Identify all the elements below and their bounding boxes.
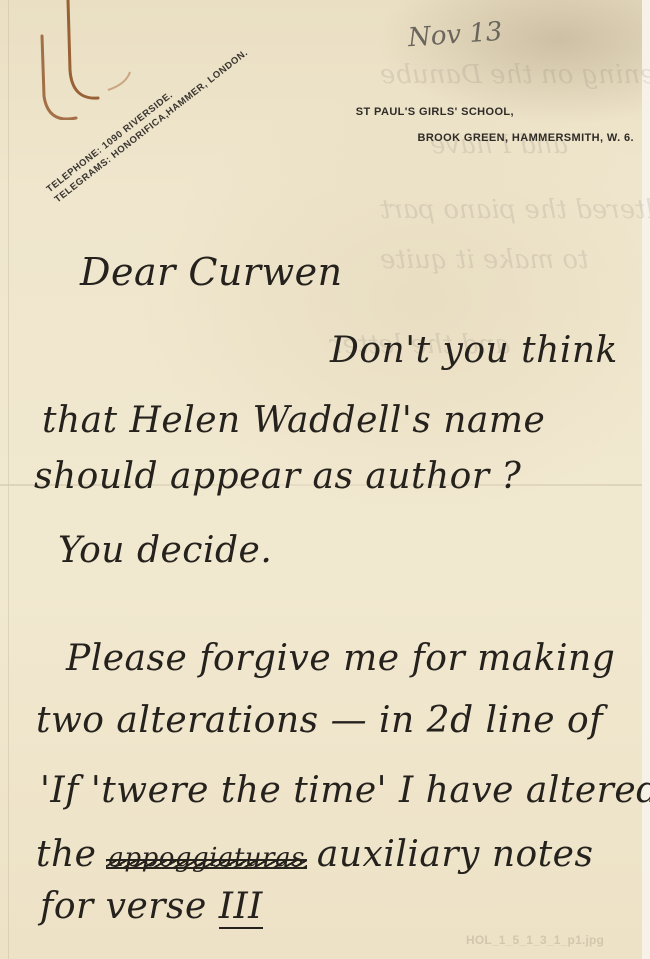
struck-out-word: appoggiaturas — [108, 843, 305, 873]
letter-salutation: Dear Curwen — [80, 250, 343, 294]
page-edge — [642, 0, 650, 959]
letter-line: should appear as author ? — [34, 456, 521, 497]
letter-line: 'If 'twere the time' I have altered — [40, 770, 650, 811]
verse-number: III — [219, 886, 263, 929]
letter-word: the — [36, 834, 96, 875]
bleed-through-line: altered the piano part — [380, 195, 650, 225]
letter-word: auxiliary notes — [317, 834, 594, 875]
letterhead-address: BROOK GREEN, HAMMERSMITH, W. 6. — [417, 132, 634, 144]
letter-line: that Helen Waddell's name — [42, 400, 545, 441]
letterhead-school-name: ST PAUL'S GIRLS' SCHOOL, — [356, 106, 514, 118]
bleed-through-line: to make it quite — [380, 245, 589, 275]
letter-line: the appoggiaturas auxiliary notes — [36, 834, 593, 875]
file-name-watermark: HOL_1_5_1_3_1_p1.jpg — [466, 933, 604, 947]
letter-line: Please forgive me for making — [66, 638, 615, 679]
letter-line: for verse III — [40, 886, 263, 927]
letter-word: for verse — [40, 886, 207, 927]
crease-line — [8, 0, 9, 959]
letter-line: Don't you think — [330, 330, 618, 371]
letter-line: You decide. — [58, 530, 272, 571]
letter-line: two alterations — in 2d line of — [36, 700, 603, 741]
bleed-through-line: Evening on the Danube — [380, 60, 650, 90]
paperclip-rust-mark — [38, 0, 138, 120]
